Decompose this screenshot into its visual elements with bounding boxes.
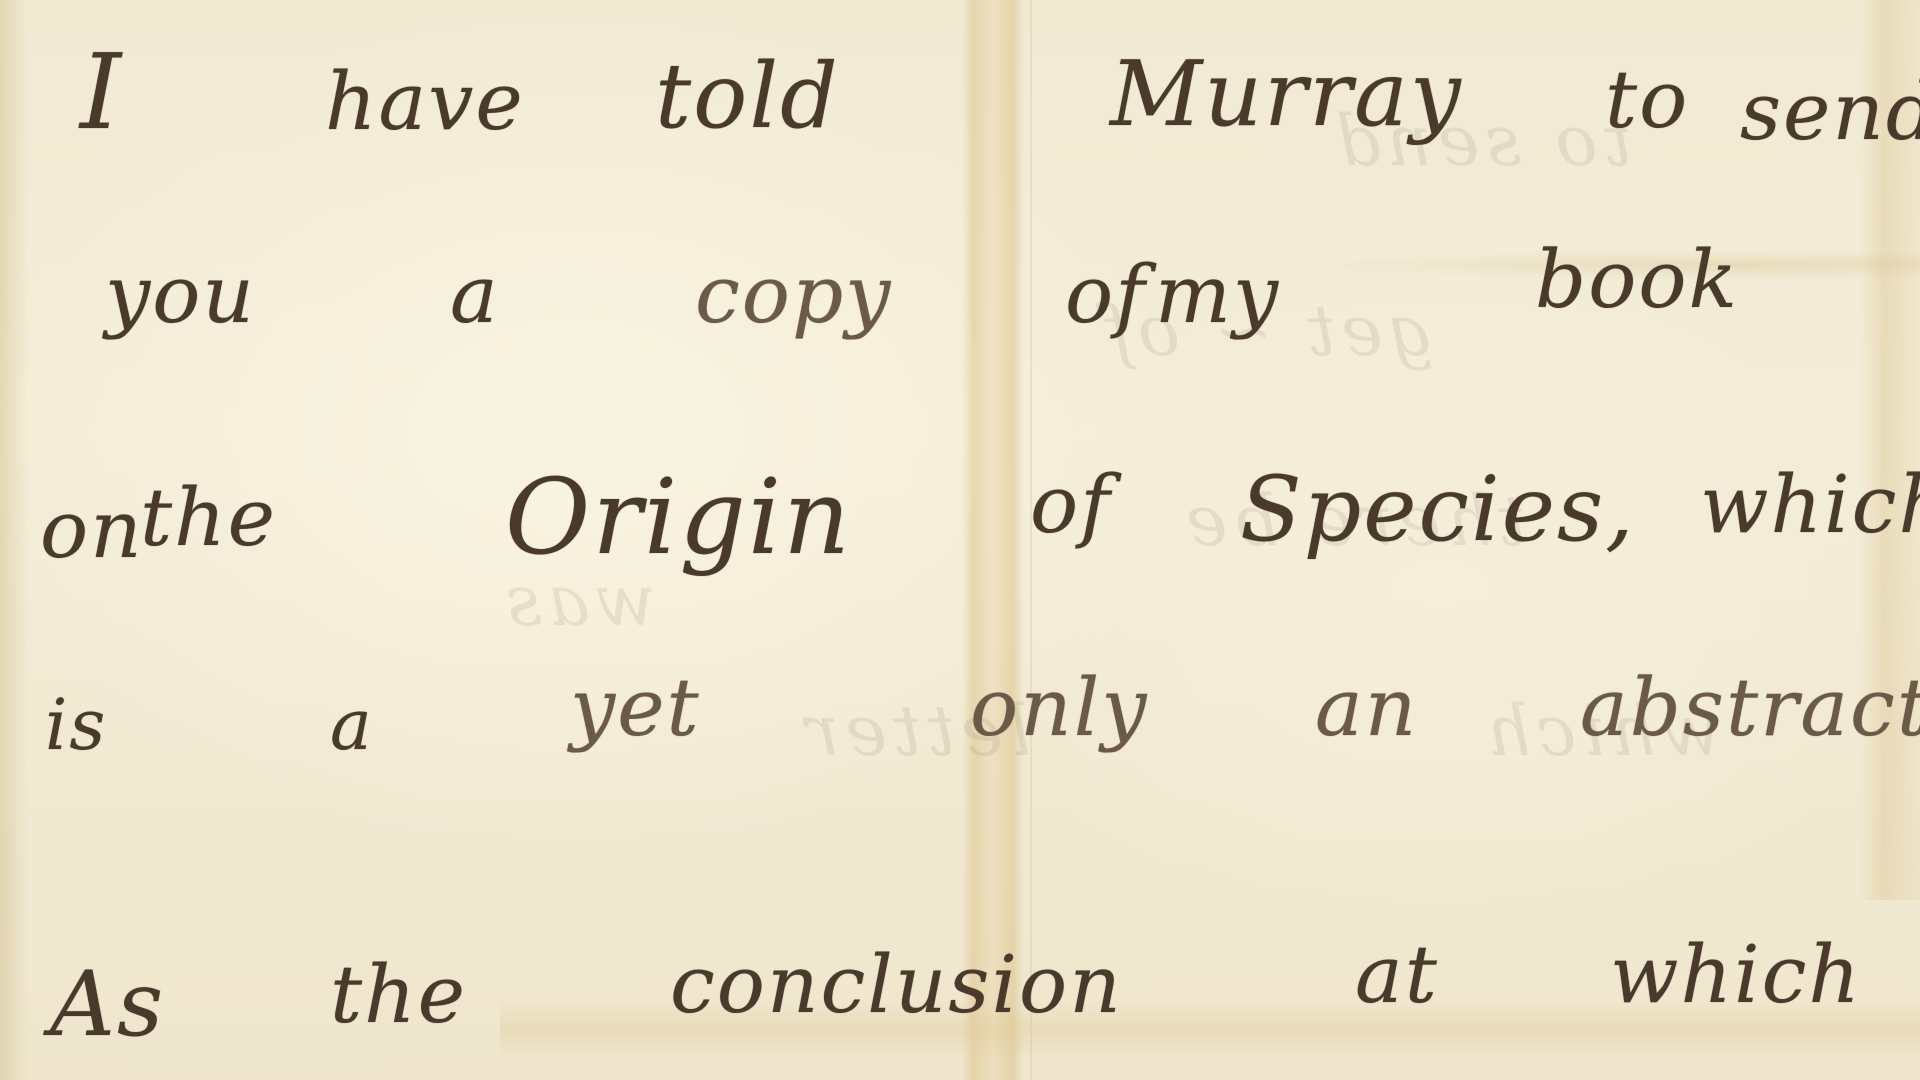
word: which <box>1700 465 1920 545</box>
word: As <box>50 960 165 1050</box>
word: I <box>80 40 123 144</box>
word: of <box>1065 255 1147 335</box>
word: yet <box>570 668 701 748</box>
word: copy <box>695 255 892 335</box>
word: told <box>655 52 840 142</box>
word: to <box>1605 60 1689 140</box>
word: you <box>105 255 256 335</box>
word: the <box>330 955 467 1035</box>
word: a <box>450 255 500 335</box>
word: Murray <box>1110 50 1463 140</box>
word: have <box>325 62 525 142</box>
letter-page: to send get ~ of there be was which lett… <box>0 0 1920 1080</box>
word: is <box>45 690 107 760</box>
word: an <box>1315 668 1418 748</box>
paper-edge-shadow <box>0 0 28 1080</box>
word: my <box>1155 255 1280 335</box>
word: send <box>1740 72 1920 152</box>
word: Origin <box>505 465 852 569</box>
word: conclusion <box>670 945 1123 1025</box>
word: book <box>1535 240 1739 320</box>
fold-water-stain <box>962 0 1024 1080</box>
word: on <box>40 490 144 570</box>
word: at <box>1355 935 1439 1015</box>
word: of <box>1030 465 1112 545</box>
word: which <box>1610 935 1862 1015</box>
word: only <box>970 668 1148 748</box>
word: abstract. <box>1580 668 1920 748</box>
word: Species, <box>1240 465 1636 555</box>
word: a <box>330 690 374 760</box>
word: the <box>140 478 277 558</box>
